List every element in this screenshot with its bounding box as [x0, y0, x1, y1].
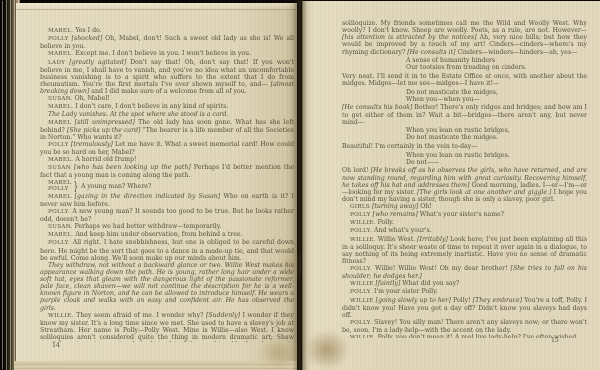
- book-page-edges-bottom: [14, 361, 297, 370]
- dialogue-paragraph: SUSAN. Oh, Mabel!: [40, 95, 294, 103]
- dialogue-paragraph: POLLY. Slavey! You silly man! There aren…: [342, 319, 587, 334]
- dialogue-continuation: soliloquize. My friends sometimes call m…: [342, 20, 587, 56]
- verse-couplet: A sense of humanity hindersOur tootsies …: [406, 57, 587, 71]
- braced-speakers-line: MABELPOLLY}A young man? Where?: [40, 180, 294, 193]
- inline-stage-direction: [She picks up the card]: [67, 127, 141, 134]
- speaker-name: MABEL: [48, 194, 71, 200]
- dialogue-continuation: Beautiful! I'm certainly in the vein to-…: [342, 143, 587, 150]
- dialogue-continuation: Very neat. I'll send it in to the Estate…: [342, 73, 587, 87]
- speaker-name: MABEL.: [48, 28, 73, 34]
- speaker-name: MABEL: [48, 180, 71, 187]
- speaker-name: GIRLS: [350, 204, 370, 210]
- inline-stage-direction: [tremulously]: [71, 141, 113, 148]
- shared-dialogue-text: A young man? Where?: [81, 183, 151, 190]
- inline-stage-direction: [almost breaking down]: [40, 81, 294, 95]
- speaker-name: MABEL.: [48, 157, 73, 163]
- inline-stage-direction: [They embrace]: [473, 297, 522, 304]
- speaker-name: MABEL.: [48, 51, 73, 57]
- dialogue-paragraph: GIRLS [turning away] Oh!: [342, 203, 587, 211]
- dialogue-paragraph: MABEL. Yes I do.: [40, 27, 294, 35]
- dialogue-paragraph: POLLY [shocked] Oh, Mabel, don't! Such a…: [40, 35, 294, 50]
- verse-line: When you lean on rustic bridges.: [406, 152, 587, 159]
- dialogue-paragraph: POLLY. Willie! Willie West! Oh my dear b…: [342, 265, 587, 280]
- dialogue-paragraph: SUSAN. Perhaps we had better withdraw—te…: [40, 223, 294, 231]
- page-number-left: 14: [52, 342, 60, 349]
- inline-stage-direction: [He breaks off as he observes the girls,…: [342, 167, 587, 188]
- dialogue-paragraph: WILLIE [faintly] What did you say?: [342, 280, 587, 288]
- speaker-name: POLLY: [48, 142, 69, 148]
- dialogue-paragraph: POLLY. I'm your sister Polly.: [342, 288, 587, 296]
- speaker-name: MABEL.: [48, 104, 73, 110]
- inline-stage-direction: [gazing in the direction indicated by Su…: [75, 193, 221, 200]
- inline-stage-direction: [faintly]: [376, 280, 401, 287]
- dialogue-paragraph: SUSAN [who has been looking up the path]…: [40, 164, 294, 179]
- speaker-name: POLLY.: [350, 320, 372, 326]
- inline-stage-direction: [He consults his book]: [342, 104, 412, 111]
- speaker-name: WILLIE: [350, 281, 374, 287]
- inline-stage-direction: [who remains]: [373, 211, 418, 218]
- dialogue-paragraph: POLLY. A new young man? It sounds too go…: [40, 208, 294, 223]
- speaker-name: MABEL: [48, 120, 71, 126]
- dialogue-paragraph: WILLIE [going slowly up to her] Polly! […: [342, 297, 587, 319]
- brace-icon: }: [74, 180, 79, 192]
- braced-speaker-names: MABELPOLLY: [40, 180, 71, 193]
- speaker-name: POLLY.: [350, 289, 372, 295]
- dialogue-paragraph: MABEL [still unimpressed] The old lady h…: [40, 119, 294, 141]
- verse-line: A sense of humanity hinders: [406, 57, 587, 64]
- dialogue-continuation: Oh lord! [He breaks off as he observes t…: [342, 167, 587, 203]
- verse-line: Do not masticate the midges.: [406, 134, 587, 141]
- right-page-text: soliloquize. My friends sometimes call m…: [342, 20, 587, 338]
- dialogue-paragraph: WILLIE. Willie West. [Irritably] Look he…: [342, 236, 587, 266]
- verse-line: When you lean on rustic bridges,: [406, 127, 587, 134]
- dialogue-paragraph: WILLIE. Polly.: [342, 219, 587, 227]
- dialogue-paragraph: MABEL. I don't care, I don't believe in …: [40, 103, 294, 111]
- verse-line: When you—when you—: [406, 96, 587, 103]
- verse-line: Do not——: [406, 159, 587, 166]
- verse-line: Our tootsies from treading on cinders.: [406, 64, 587, 71]
- speaker-name: SUSAN.: [48, 224, 73, 230]
- speaker-name: POLLY.: [48, 209, 70, 215]
- speaker-name: POLLY.: [350, 266, 372, 272]
- left-page-text: MABEL. Yes I do.POLLY [shocked] Oh, Mabe…: [40, 27, 294, 342]
- speaker-name: WILLIE.: [350, 335, 376, 338]
- dialogue-continuation: [He consults his book] Bother! There's o…: [342, 104, 587, 125]
- page-edge-hairline: [12, 9, 296, 10]
- speaker-name: WILLIE.: [350, 237, 376, 243]
- speaker-name: SUSAN.: [48, 96, 73, 102]
- verse-line: Do not masticate the midges,: [406, 89, 587, 96]
- book-spread: MABEL. Yes I do.POLLY [shocked] Oh, Mabe…: [0, 0, 600, 370]
- inline-stage-direction: [She tries to fall on his shoulder; he d…: [342, 265, 587, 280]
- dialogue-paragraph: POLLY [tremulously] Let me have it. What…: [40, 141, 294, 156]
- inline-stage-direction: [The girls look at one another and giggl…: [417, 189, 551, 196]
- inline-stage-direction: [his attention is attracted by the notic…: [342, 34, 477, 41]
- inline-stage-direction: [turning away]: [372, 203, 418, 210]
- verse-couplet: When you lean on rustic bridges.Do not——: [406, 152, 587, 166]
- dialogue-paragraph: LADY [greatly agitated] Don't say that! …: [40, 59, 294, 96]
- speaker-name: SUSAN: [48, 165, 71, 171]
- dialogue-paragraph: WILLIE. They seem afraid of me. I wonder…: [40, 312, 294, 342]
- speaker-name: POLLY.: [48, 240, 70, 246]
- dialogue-paragraph: POLLY [who remains] What's your sister's…: [342, 211, 587, 219]
- dialogue-paragraph: POLLY. All right. I hate snobbishness, b…: [40, 239, 294, 261]
- inline-stage-direction: [going slowly up to her]: [376, 297, 451, 304]
- speaker-name: WILLIE.: [48, 313, 74, 319]
- speaker-name: POLLY: [48, 36, 69, 42]
- inline-stage-direction: [greatly agitated]: [69, 59, 126, 66]
- inline-stage-direction: [who has been looking up the path]: [74, 164, 191, 171]
- inline-stage-direction: [still unimpressed]: [75, 119, 135, 126]
- speaker-name: MABEL.: [48, 232, 73, 238]
- dialogue-paragraph: MABEL [gazing in the direction indicated…: [40, 193, 294, 208]
- speaker-name: POLLY: [350, 212, 371, 218]
- dialogue-paragraph: MABEL. Except me. I don't believe in you…: [40, 50, 294, 58]
- speaker-name: POLLY: [48, 186, 71, 193]
- book-gutter-shadow: [292, 0, 308, 370]
- dialogue-paragraph: MABEL. And keep him under observation, f…: [40, 231, 294, 239]
- speaker-name: LADY: [48, 60, 65, 66]
- stage-direction: The Lady vanishes. At the spot where she…: [40, 111, 294, 118]
- inline-stage-direction: [Irritably]: [417, 236, 448, 243]
- stage-direction: They withdraw, not without a backward gl…: [40, 262, 294, 312]
- inline-stage-direction: [He consults it]: [407, 49, 455, 56]
- page-number-right: 15: [551, 337, 559, 344]
- dialogue-paragraph: MABEL. A horrid old frump!: [40, 156, 294, 164]
- inline-stage-direction: [Suddenly]: [206, 312, 240, 319]
- speaker-name: WILLIE: [350, 298, 374, 304]
- dialogue-paragraph: POLLY. And what's your's.: [342, 227, 587, 235]
- inline-stage-direction: [shocked]: [72, 35, 103, 42]
- speaker-name: POLLY.: [350, 228, 372, 234]
- speaker-name: WILLIE.: [350, 220, 376, 226]
- verse-couplet: Do not masticate the midges,When you—whe…: [406, 89, 587, 103]
- verse-couplet: When you lean on rustic bridges,Do not m…: [406, 127, 587, 141]
